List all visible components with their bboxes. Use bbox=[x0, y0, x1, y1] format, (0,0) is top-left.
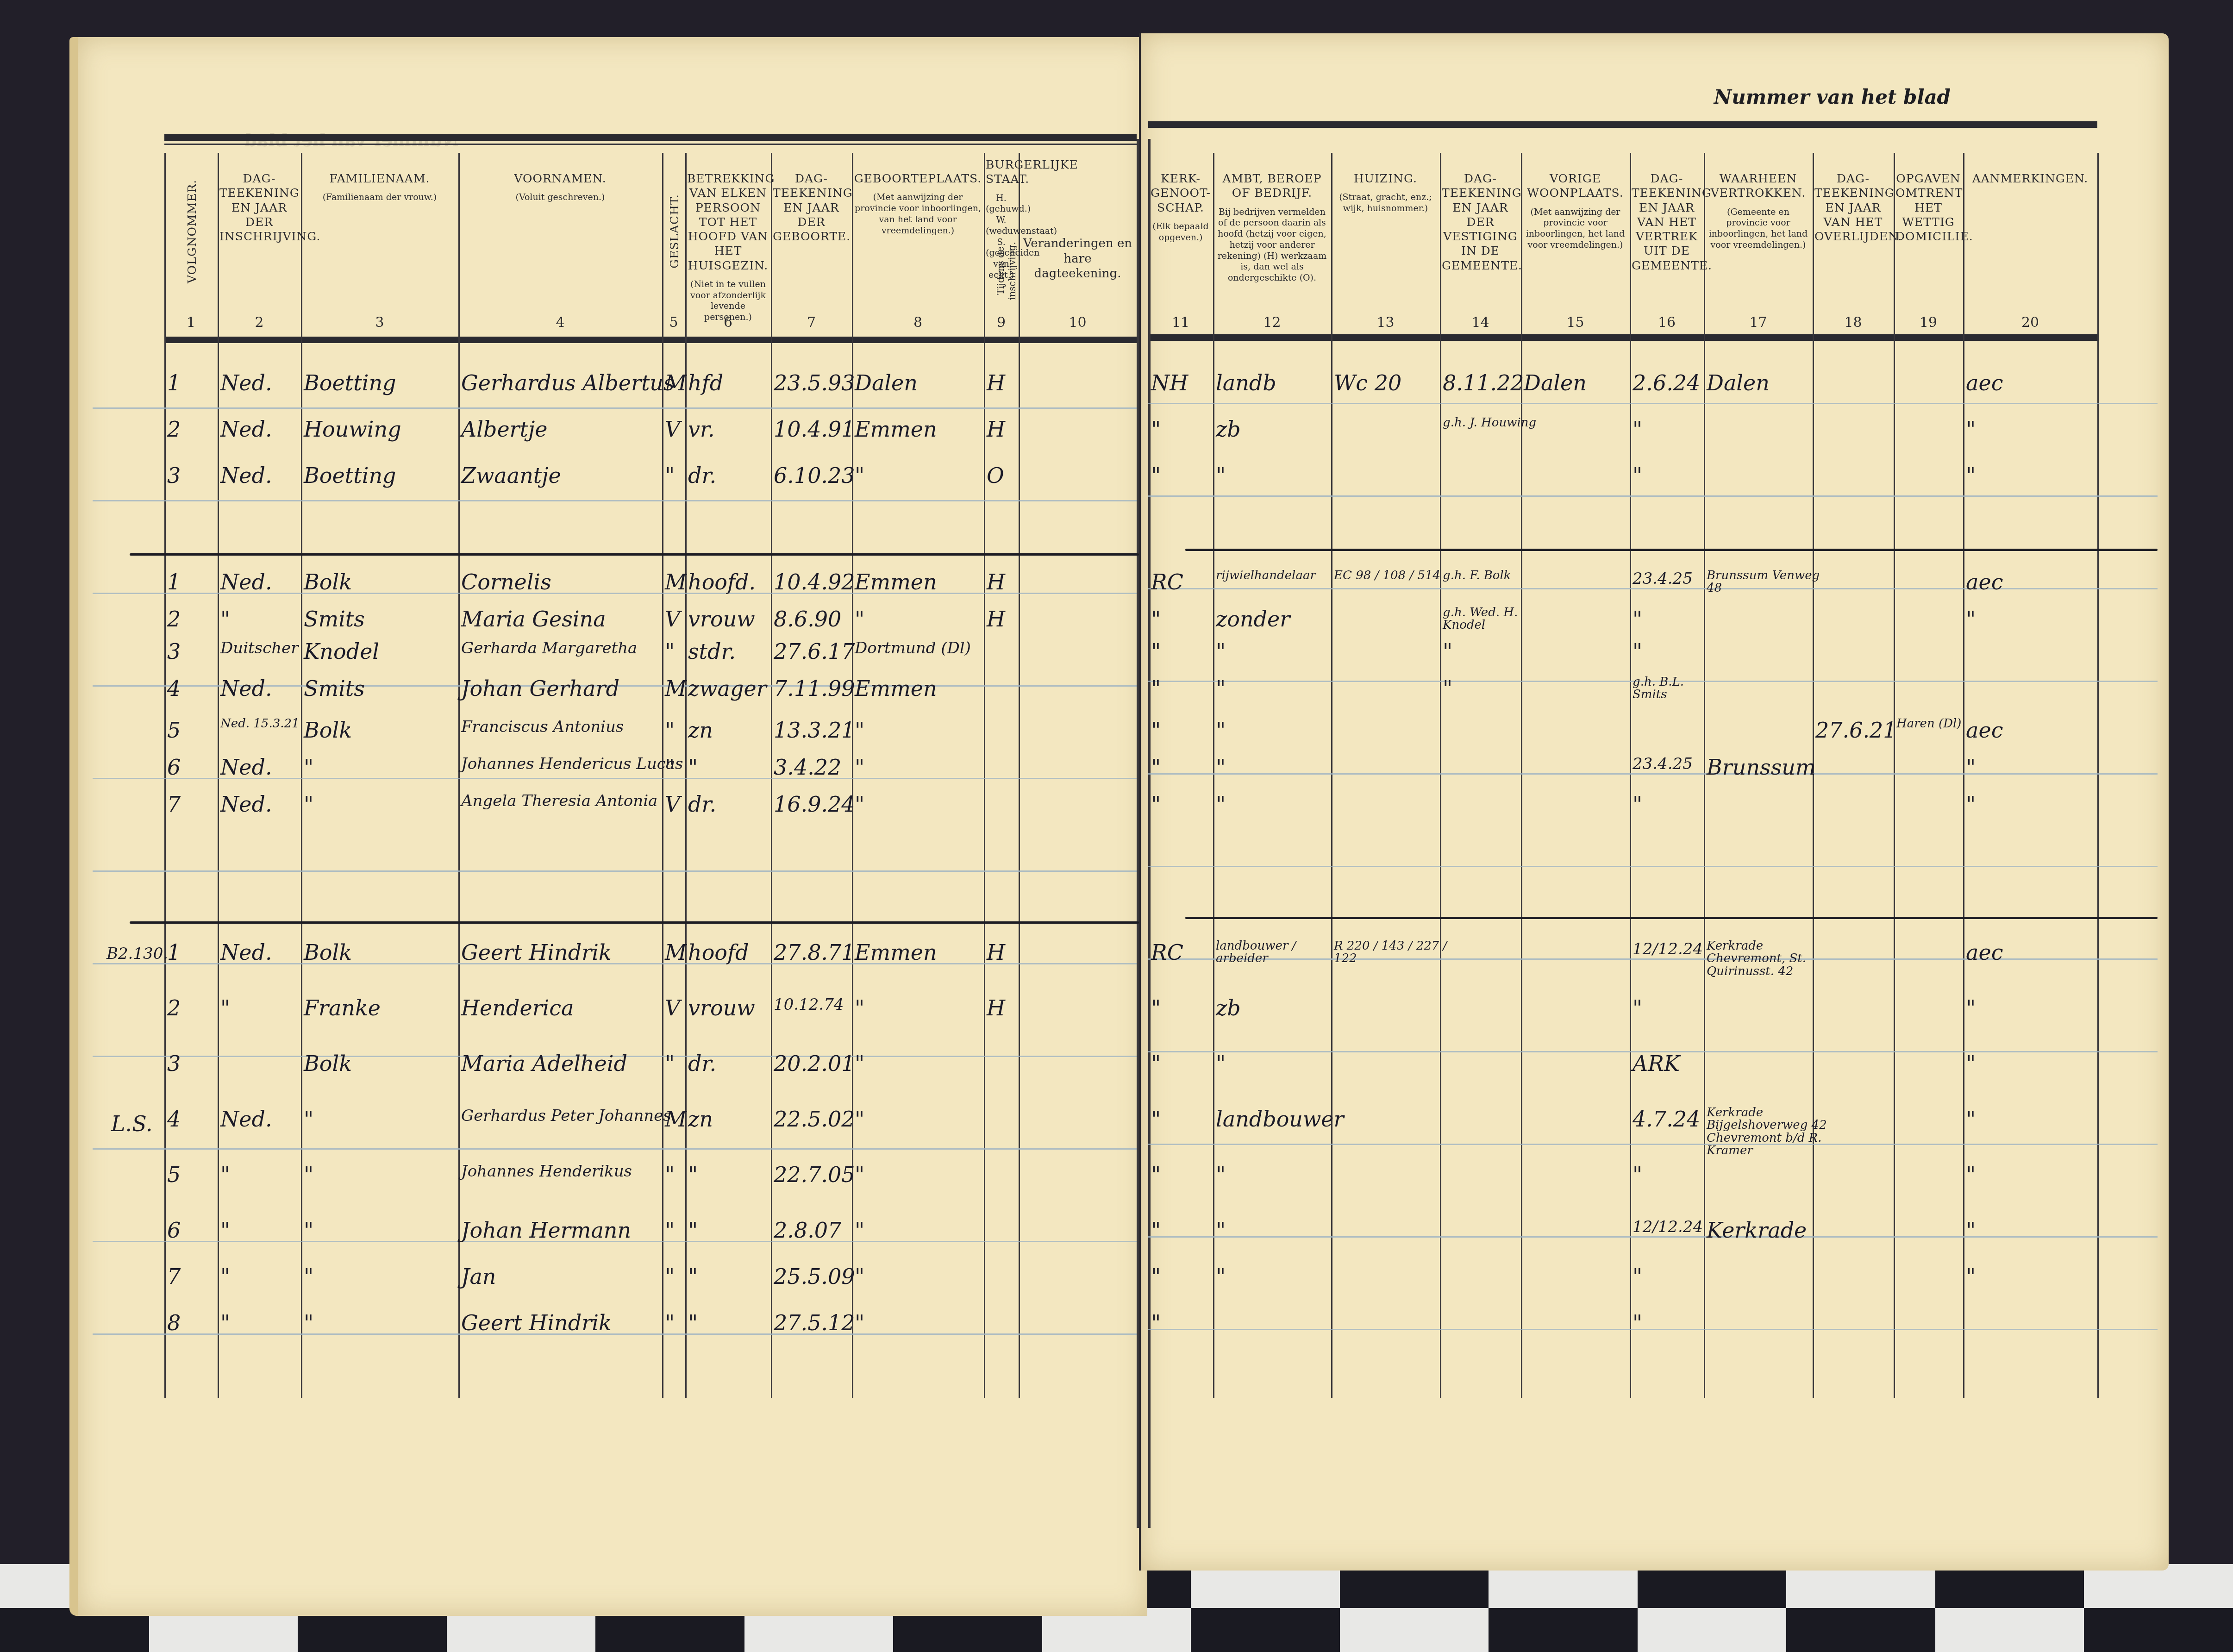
ruling-line bbox=[1148, 588, 2158, 589]
cell-c1: 3 bbox=[167, 639, 181, 664]
cell-c2: " bbox=[220, 607, 230, 632]
column-header-11: KERK-GENOOT-SCHAP.(Elk bepaald opgeven.)… bbox=[1150, 153, 1211, 331]
cell-c1: 3 bbox=[167, 463, 181, 488]
cell-c1: 6 bbox=[167, 1218, 181, 1243]
column-note: (Elk bepaald opgeven.) bbox=[1150, 221, 1211, 244]
cell-c1: 2 bbox=[167, 607, 181, 632]
cell-c8: Emmen bbox=[855, 569, 937, 594]
ruling-line bbox=[93, 407, 1137, 409]
column-divider bbox=[662, 153, 663, 1398]
calibration-square bbox=[1935, 1608, 2084, 1652]
cell-c2: Ned. bbox=[220, 755, 272, 780]
household-separator bbox=[1185, 917, 2158, 919]
calibration-square bbox=[1489, 1564, 1638, 1608]
column-header-7: DAG-TEEKENING EN JAAR DER GEBOORTE.7 bbox=[773, 153, 850, 331]
cell-c5: M bbox=[665, 1107, 687, 1132]
column-divider bbox=[984, 153, 985, 1398]
calibration-square bbox=[2084, 1564, 2233, 1608]
cell-c20: " bbox=[1966, 792, 1976, 817]
cell-c8: " bbox=[855, 1107, 864, 1132]
column-divider bbox=[1331, 153, 1332, 1398]
cell-c20: aec bbox=[1966, 718, 2003, 743]
cell-c5: M bbox=[665, 940, 687, 965]
cell-c1: 5 bbox=[167, 718, 181, 743]
cell-c5: " bbox=[665, 1162, 675, 1187]
cell-c20: " bbox=[1966, 1162, 1976, 1187]
cell-c16: 12/12.24 bbox=[1633, 1218, 1703, 1236]
calibration-square bbox=[1935, 1564, 2084, 1608]
cell-c1: 8 bbox=[167, 1310, 181, 1335]
cell-c1: 1 bbox=[167, 569, 181, 594]
column-number: 20 bbox=[1965, 314, 2095, 332]
calibration-square bbox=[1191, 1608, 1340, 1652]
column-number: 14 bbox=[1442, 314, 1519, 332]
cell-c8: " bbox=[855, 792, 864, 817]
cell-c8: " bbox=[855, 995, 864, 1020]
column-number: 15 bbox=[1523, 314, 1628, 332]
column-header-18: DAG-TEEKENING EN JAAR VAN HET OVERLIJDEN… bbox=[1814, 153, 1892, 331]
cell-c7: 8.6.90 bbox=[774, 607, 841, 632]
column-number: 13 bbox=[1333, 314, 1438, 332]
cell-c4: Jan bbox=[461, 1264, 496, 1289]
cell-c9: H bbox=[987, 370, 1005, 395]
cell-c1: 1 bbox=[167, 370, 181, 395]
column-divider bbox=[1521, 153, 1522, 1398]
header-bottom-rule-right bbox=[1148, 334, 2097, 341]
calibration-square bbox=[1191, 1564, 1340, 1608]
cell-c3: " bbox=[304, 1162, 313, 1187]
cell-c6: vr. bbox=[688, 417, 715, 442]
cell-c6: zn bbox=[688, 718, 713, 743]
cell-c9: H bbox=[987, 569, 1005, 594]
column-header-17: WAARHEEN VERTROKKEN.(Gemeente en provinc… bbox=[1706, 153, 1811, 331]
cell-c16: g.h. B.L. Smits bbox=[1633, 676, 1720, 701]
cell-c7: 16.9.24 bbox=[774, 792, 855, 817]
cell-c1: 4 bbox=[167, 676, 181, 701]
cell-c17: Kerkrade Bijgelshoverweg 42 Chevremont b… bbox=[1707, 1107, 1829, 1157]
column-number: 3 bbox=[303, 314, 457, 332]
cell-c11: RC bbox=[1151, 940, 1183, 965]
column-header-6: BETREKKING VAN ELKEN PERSOON TOT HET HOO… bbox=[687, 153, 769, 331]
column-subtitle: Tijdens de inschrijving. bbox=[995, 236, 1017, 306]
ruling-line bbox=[93, 870, 1137, 872]
cell-c12: zb bbox=[1216, 417, 1241, 442]
cell-c8: Emmen bbox=[855, 940, 937, 965]
column-divider bbox=[1213, 153, 1214, 1398]
cell-c6: dr. bbox=[688, 1051, 716, 1076]
household-separator bbox=[130, 553, 1139, 556]
cell-c15: Dalen bbox=[1524, 370, 1587, 395]
cell-c16: " bbox=[1633, 417, 1642, 442]
cell-c9: O bbox=[987, 463, 1004, 488]
cell-c12: " bbox=[1216, 792, 1226, 817]
column-divider bbox=[771, 153, 772, 1398]
column-number: 4 bbox=[460, 314, 660, 332]
cell-c3: Knodel bbox=[304, 639, 379, 664]
column-title: OPGAVEN OMTRENT HET WETTIG DOMICILIE. bbox=[1895, 171, 1961, 244]
cell-c20: " bbox=[1966, 1264, 1976, 1289]
column-divider bbox=[1630, 153, 1631, 1398]
column-title: DAG-TEEKENING EN JAAR DER VESTIGING IN D… bbox=[1442, 171, 1519, 273]
cell-c16: ARK bbox=[1633, 1051, 1680, 1076]
cell-c11: " bbox=[1151, 607, 1161, 632]
cell-c5: " bbox=[665, 639, 675, 664]
cell-c5: V bbox=[665, 417, 680, 442]
cell-c5: V bbox=[665, 607, 680, 632]
cell-c11: " bbox=[1151, 755, 1161, 780]
cell-c1: 5 bbox=[167, 1162, 181, 1187]
cell-c2: " bbox=[220, 995, 230, 1020]
cell-c6: hoofd. bbox=[688, 569, 756, 594]
cell-c20: " bbox=[1966, 607, 1976, 632]
cell-c14: g.h. F. Bolk bbox=[1443, 569, 1538, 582]
cell-c3: Smits bbox=[304, 607, 365, 632]
cell-c7: 22.7.05 bbox=[774, 1162, 855, 1187]
cell-c9: H bbox=[987, 940, 1005, 965]
ruling-line bbox=[1148, 1329, 2158, 1330]
column-header-8: GEBOORTEPLAATS.(Met aanwijzing der provi… bbox=[854, 153, 982, 331]
cell-c17: Dalen bbox=[1707, 370, 1770, 395]
cell-c6: stdr. bbox=[688, 639, 736, 664]
cell-c7: 27.5.12 bbox=[774, 1310, 855, 1335]
cell-c2: Ned. bbox=[220, 463, 272, 488]
cell-c5: " bbox=[665, 1218, 675, 1243]
cell-c12: " bbox=[1216, 639, 1226, 664]
column-title: DAG-TEEKENING EN JAAR VAN HET VERTREK UI… bbox=[1632, 171, 1702, 273]
cell-c4: Maria Adelheid bbox=[461, 1051, 627, 1076]
cell-c12: " bbox=[1216, 1051, 1226, 1076]
cell-c2: " bbox=[220, 1310, 230, 1335]
column-header-20: AANMERKINGEN.20 bbox=[1965, 153, 2095, 331]
column-header-5: GESLACHT.5 bbox=[664, 153, 683, 331]
cell-c1: 3 bbox=[167, 1051, 181, 1076]
cell-c3: " bbox=[304, 1218, 313, 1243]
cell-c7: 3.4.22 bbox=[774, 755, 841, 780]
cell-c16: 23.4.25 bbox=[1633, 569, 1693, 588]
cell-c1: 7 bbox=[167, 792, 181, 817]
cell-c7: 10.4.92 bbox=[774, 569, 855, 594]
cell-c2: Ned. 15.3.21 bbox=[220, 718, 318, 730]
header-top-rule-left bbox=[164, 134, 1137, 141]
cell-c11: " bbox=[1151, 792, 1161, 817]
cell-c20: " bbox=[1966, 995, 1976, 1020]
cell-c2: " bbox=[220, 1162, 230, 1187]
column-subtitle: Veranderingen en hare dagteekening. bbox=[1020, 236, 1135, 282]
column-number: 1 bbox=[166, 314, 216, 332]
cell-c4: Cornelis bbox=[461, 569, 551, 594]
cell-c6: vrouw bbox=[688, 607, 755, 632]
cell-c8: " bbox=[855, 718, 864, 743]
cell-c11: " bbox=[1151, 718, 1161, 743]
column-title: DAG-TEEKENING EN JAAR DER GEBOORTE. bbox=[773, 171, 850, 244]
cell-c6: dr. bbox=[688, 792, 716, 817]
ruling-line bbox=[1148, 773, 2158, 775]
cell-c5: " bbox=[665, 463, 675, 488]
cell-c16: " bbox=[1633, 1310, 1642, 1335]
column-number: 10 bbox=[1020, 314, 1135, 332]
cell-c3: Bolk bbox=[304, 1051, 352, 1076]
cell-c11: " bbox=[1151, 639, 1161, 664]
column-title: BURGERLIJKE STAAT. bbox=[986, 157, 1017, 187]
column-title: DAG-TEEKENING EN JAAR VAN HET OVERLIJDEN… bbox=[1814, 171, 1892, 244]
column-note: (Met aanwijzing der provincie voor inboo… bbox=[854, 192, 982, 236]
cell-c16: " bbox=[1633, 995, 1642, 1020]
cell-c8: Dortmund (Dl) bbox=[855, 639, 971, 657]
cell-c14: " bbox=[1443, 676, 1452, 701]
column-number: 17 bbox=[1706, 314, 1811, 332]
cell-c2: Ned. bbox=[220, 1107, 272, 1132]
calibration-square bbox=[2084, 1608, 2233, 1652]
cell-c4: Gerhardus Albertus bbox=[461, 370, 675, 395]
column-number: 18 bbox=[1814, 314, 1892, 332]
cell-c12: rijwielhandelaar bbox=[1216, 569, 1348, 582]
cell-c5: M bbox=[665, 370, 687, 395]
cell-c12: zb bbox=[1216, 995, 1241, 1020]
calibration-square bbox=[1638, 1608, 1787, 1652]
column-divider bbox=[164, 153, 166, 1398]
cell-c13: EC 98 / 108 / 514 bbox=[1334, 569, 1457, 582]
cell-c12: landbouwer bbox=[1216, 1107, 1344, 1132]
column-number: 7 bbox=[773, 314, 850, 332]
cell-c2: Ned. bbox=[220, 792, 272, 817]
column-divider bbox=[1019, 153, 1020, 1398]
column-divider bbox=[852, 153, 853, 1398]
margin-note: L.S. bbox=[111, 1111, 153, 1136]
ruling-line bbox=[1148, 866, 2158, 867]
cell-c11: " bbox=[1151, 676, 1161, 701]
column-number: 5 bbox=[664, 314, 683, 332]
cell-c4: Johan Hermann bbox=[461, 1218, 631, 1243]
cell-c17: Brunssum bbox=[1707, 755, 1816, 780]
cell-c2: Ned. bbox=[220, 417, 272, 442]
cell-c8: " bbox=[855, 463, 864, 488]
column-header-2: DAG-TEEKENING EN JAAR DER INSCHRIJVING.2 bbox=[219, 153, 299, 331]
cell-c12: " bbox=[1216, 718, 1226, 743]
column-divider bbox=[1963, 153, 1964, 1398]
cell-c14: 8.11.22 bbox=[1443, 370, 1524, 395]
cell-c6: dr. bbox=[688, 463, 716, 488]
column-note: Bij bedrijven vermelden of de persoon da… bbox=[1215, 207, 1329, 284]
column-title: FAMILIENAAM. bbox=[303, 171, 457, 186]
cell-c1: 2 bbox=[167, 417, 181, 442]
cell-c14: " bbox=[1443, 639, 1452, 664]
cell-c5: " bbox=[665, 1310, 675, 1335]
column-divider bbox=[301, 153, 302, 1398]
cell-c7: 10.12.74 bbox=[774, 995, 844, 1014]
cell-c12: landbouwer / arbeider bbox=[1216, 940, 1348, 965]
column-title: VOORNAMEN. bbox=[460, 171, 660, 186]
cell-c4: Gerharda Margaretha bbox=[461, 639, 637, 657]
cell-c8: Emmen bbox=[855, 417, 937, 442]
column-header-13: HUIZING.(Straat, gracht, enz.; wijk, hui… bbox=[1333, 153, 1438, 331]
cell-c12: zonder bbox=[1216, 607, 1290, 632]
cell-c2: " bbox=[220, 1264, 230, 1289]
cell-c8: " bbox=[855, 1218, 864, 1243]
header-bottom-rule-left bbox=[164, 337, 1137, 343]
cell-c12: " bbox=[1216, 463, 1226, 488]
column-header-14: DAG-TEEKENING EN JAAR DER VESTIGING IN D… bbox=[1442, 153, 1519, 331]
cell-c3: " bbox=[304, 792, 313, 817]
cell-c13: Wc 20 bbox=[1334, 370, 1401, 395]
column-title: GEBOORTEPLAATS. bbox=[854, 171, 982, 186]
margin-note: B2.130. bbox=[106, 945, 168, 963]
cell-c16: " bbox=[1633, 1264, 1642, 1289]
column-note: (Familienaam der vrouw.) bbox=[303, 192, 457, 203]
cell-c6: " bbox=[688, 1162, 698, 1187]
cell-c6: " bbox=[688, 1310, 698, 1335]
household-separator bbox=[1185, 549, 2158, 551]
cell-c6: hfd bbox=[688, 370, 723, 395]
ruling-line bbox=[1148, 495, 2158, 497]
cell-c7: 2.8.07 bbox=[774, 1218, 841, 1243]
gutter-line bbox=[1137, 139, 1139, 1528]
cell-c7: 20.2.01 bbox=[774, 1051, 855, 1076]
cell-c4: Geert Hindrik bbox=[461, 940, 612, 965]
column-divider bbox=[1440, 153, 1441, 1398]
cell-c2: " bbox=[220, 1218, 230, 1243]
cell-c7: 6.10.23 bbox=[774, 463, 855, 488]
column-divider bbox=[2097, 153, 2099, 1398]
cell-c9: H bbox=[987, 417, 1005, 442]
column-number: 16 bbox=[1632, 314, 1702, 332]
column-divider bbox=[218, 153, 219, 1398]
cell-c8: " bbox=[855, 1051, 864, 1076]
column-header-4: VOORNAMEN.(Voluit geschreven.)4 bbox=[460, 153, 660, 331]
cell-c20: " bbox=[1966, 417, 1976, 442]
cell-c3: " bbox=[304, 1107, 313, 1132]
header-top-rule-right bbox=[1148, 121, 2097, 128]
page-number-label: Nummer van het blad bbox=[1714, 86, 1951, 108]
column-header-3: FAMILIENAAM.(Familienaam der vrouw.)3 bbox=[303, 153, 457, 331]
cell-c4: Johannes Hendericus Lucas bbox=[461, 755, 683, 773]
column-title: BETREKKING VAN ELKEN PERSOON TOT HET HOO… bbox=[687, 171, 769, 273]
cell-c16: 4.7.24 bbox=[1633, 1107, 1700, 1132]
cell-c20: " bbox=[1966, 1107, 1976, 1132]
cell-c11: " bbox=[1151, 1264, 1161, 1289]
column-number: 8 bbox=[854, 314, 982, 332]
cell-c11: " bbox=[1151, 1107, 1161, 1132]
cell-c7: 25.5.09 bbox=[774, 1264, 855, 1289]
cell-c8: " bbox=[855, 755, 864, 780]
cell-c2: Duitscher bbox=[220, 639, 298, 657]
gutter-line bbox=[1148, 139, 1151, 1528]
cell-c2: Ned. bbox=[220, 676, 272, 701]
cell-c6: " bbox=[688, 755, 698, 780]
ruling-line bbox=[1148, 1236, 2158, 1238]
column-note: (Gemeente en provincie voor inboorlingen… bbox=[1706, 207, 1811, 251]
column-title: WAARHEEN VERTROKKEN. bbox=[1706, 171, 1811, 200]
cell-c20: " bbox=[1966, 1218, 1976, 1243]
cell-c7: 22.5.02 bbox=[774, 1107, 855, 1132]
cell-c11: " bbox=[1151, 995, 1161, 1020]
cell-c11: " bbox=[1151, 463, 1161, 488]
column-title: VOLGNOMMER. bbox=[185, 162, 199, 301]
cell-c11: " bbox=[1151, 1051, 1161, 1076]
cell-c3: Bolk bbox=[304, 569, 352, 594]
column-number: 2 bbox=[219, 314, 299, 332]
cell-c20: aec bbox=[1966, 940, 2003, 965]
cell-c11: " bbox=[1151, 1310, 1161, 1335]
ruling-line bbox=[93, 500, 1137, 501]
cell-c3: Franke bbox=[304, 995, 381, 1020]
cell-c3: Houwing bbox=[304, 417, 401, 442]
ruling-line bbox=[93, 1148, 1137, 1150]
cell-c1: 6 bbox=[167, 755, 181, 780]
cell-c1: 2 bbox=[167, 995, 181, 1020]
cell-c12: landb bbox=[1216, 370, 1276, 395]
cell-c3: " bbox=[304, 1310, 313, 1335]
column-note: (Voluit geschreven.) bbox=[460, 192, 660, 203]
cell-c6: " bbox=[688, 1218, 698, 1243]
cell-c20: " bbox=[1966, 755, 1976, 780]
column-header-19: OPGAVEN OMTRENT HET WETTIG DOMICILIE.19 bbox=[1895, 153, 1961, 331]
column-number: 9 bbox=[986, 314, 1017, 332]
cell-c11: RC bbox=[1151, 569, 1183, 594]
cell-c7: 7.11.99 bbox=[774, 676, 855, 701]
cell-c5: M bbox=[665, 569, 687, 594]
column-title: HUIZING. bbox=[1333, 171, 1438, 186]
column-divider bbox=[1894, 153, 1895, 1398]
column-title: GESLACHT. bbox=[667, 162, 682, 301]
cell-c11: " bbox=[1151, 1162, 1161, 1187]
cell-c3: " bbox=[304, 755, 313, 780]
cell-c16: " bbox=[1633, 1162, 1642, 1187]
cell-c4: Albertje bbox=[461, 417, 548, 442]
cell-c7: 27.8.71 bbox=[774, 940, 855, 965]
cell-c8: " bbox=[855, 1264, 864, 1289]
cell-c17: Brunssum Venweg 48 bbox=[1707, 569, 1829, 595]
cell-c7: 27.6.17 bbox=[774, 639, 855, 664]
cell-c7: 23.5.93 bbox=[774, 370, 855, 395]
cell-c16: " bbox=[1633, 463, 1642, 488]
cell-c18: 27.6.21 bbox=[1815, 718, 1897, 743]
ruling-line bbox=[93, 1333, 1137, 1335]
column-title: AANMERKINGEN. bbox=[1965, 171, 2095, 186]
cell-c5: " bbox=[665, 755, 675, 780]
cell-c12: " bbox=[1216, 755, 1226, 780]
cell-c16: " bbox=[1633, 607, 1642, 632]
cell-c20: aec bbox=[1966, 370, 2003, 395]
column-header-1: VOLGNOMMER.1 bbox=[166, 153, 216, 331]
cell-c5: V bbox=[665, 995, 680, 1020]
cell-c16: 23.4.25 bbox=[1633, 755, 1693, 773]
cell-c8: " bbox=[855, 1162, 864, 1187]
column-number: 6 bbox=[687, 314, 769, 332]
column-header-16: DAG-TEEKENING EN JAAR VAN HET VERTREK UI… bbox=[1632, 153, 1702, 331]
cell-c7: 10.4.91 bbox=[774, 417, 855, 442]
column-header-15: VORIGE WOONPLAATS.(Met aanwijzing der pr… bbox=[1523, 153, 1628, 331]
cell-c13: R 220 / 143 / 227 / 122 bbox=[1334, 940, 1457, 965]
cell-c4: Franciscus Antonius bbox=[461, 718, 624, 736]
cell-c16: 12/12.24 bbox=[1633, 940, 1703, 958]
cell-c5: V bbox=[665, 792, 680, 817]
cell-c4: Johan Gerhard bbox=[461, 676, 619, 701]
column-divider bbox=[458, 153, 460, 1398]
cell-c16: " bbox=[1633, 792, 1642, 817]
column-title: AMBT, BEROEP OF BEDRIJF. bbox=[1215, 171, 1329, 200]
column-number: 12 bbox=[1215, 314, 1329, 332]
cell-c3: Boetting bbox=[304, 463, 396, 488]
calibration-square bbox=[1786, 1608, 1935, 1652]
cell-c20: " bbox=[1966, 463, 1976, 488]
cell-c11: " bbox=[1151, 417, 1161, 442]
cell-c17: Kerkrade bbox=[1707, 1218, 1807, 1243]
column-title: KERK-GENOOT-SCHAP. bbox=[1150, 171, 1211, 215]
cell-c6: zn bbox=[688, 1107, 713, 1132]
cell-c12: " bbox=[1216, 1162, 1226, 1187]
column-divider bbox=[685, 153, 687, 1398]
column-header-10: Veranderingen en hare dagteekening.10 bbox=[1020, 153, 1135, 331]
